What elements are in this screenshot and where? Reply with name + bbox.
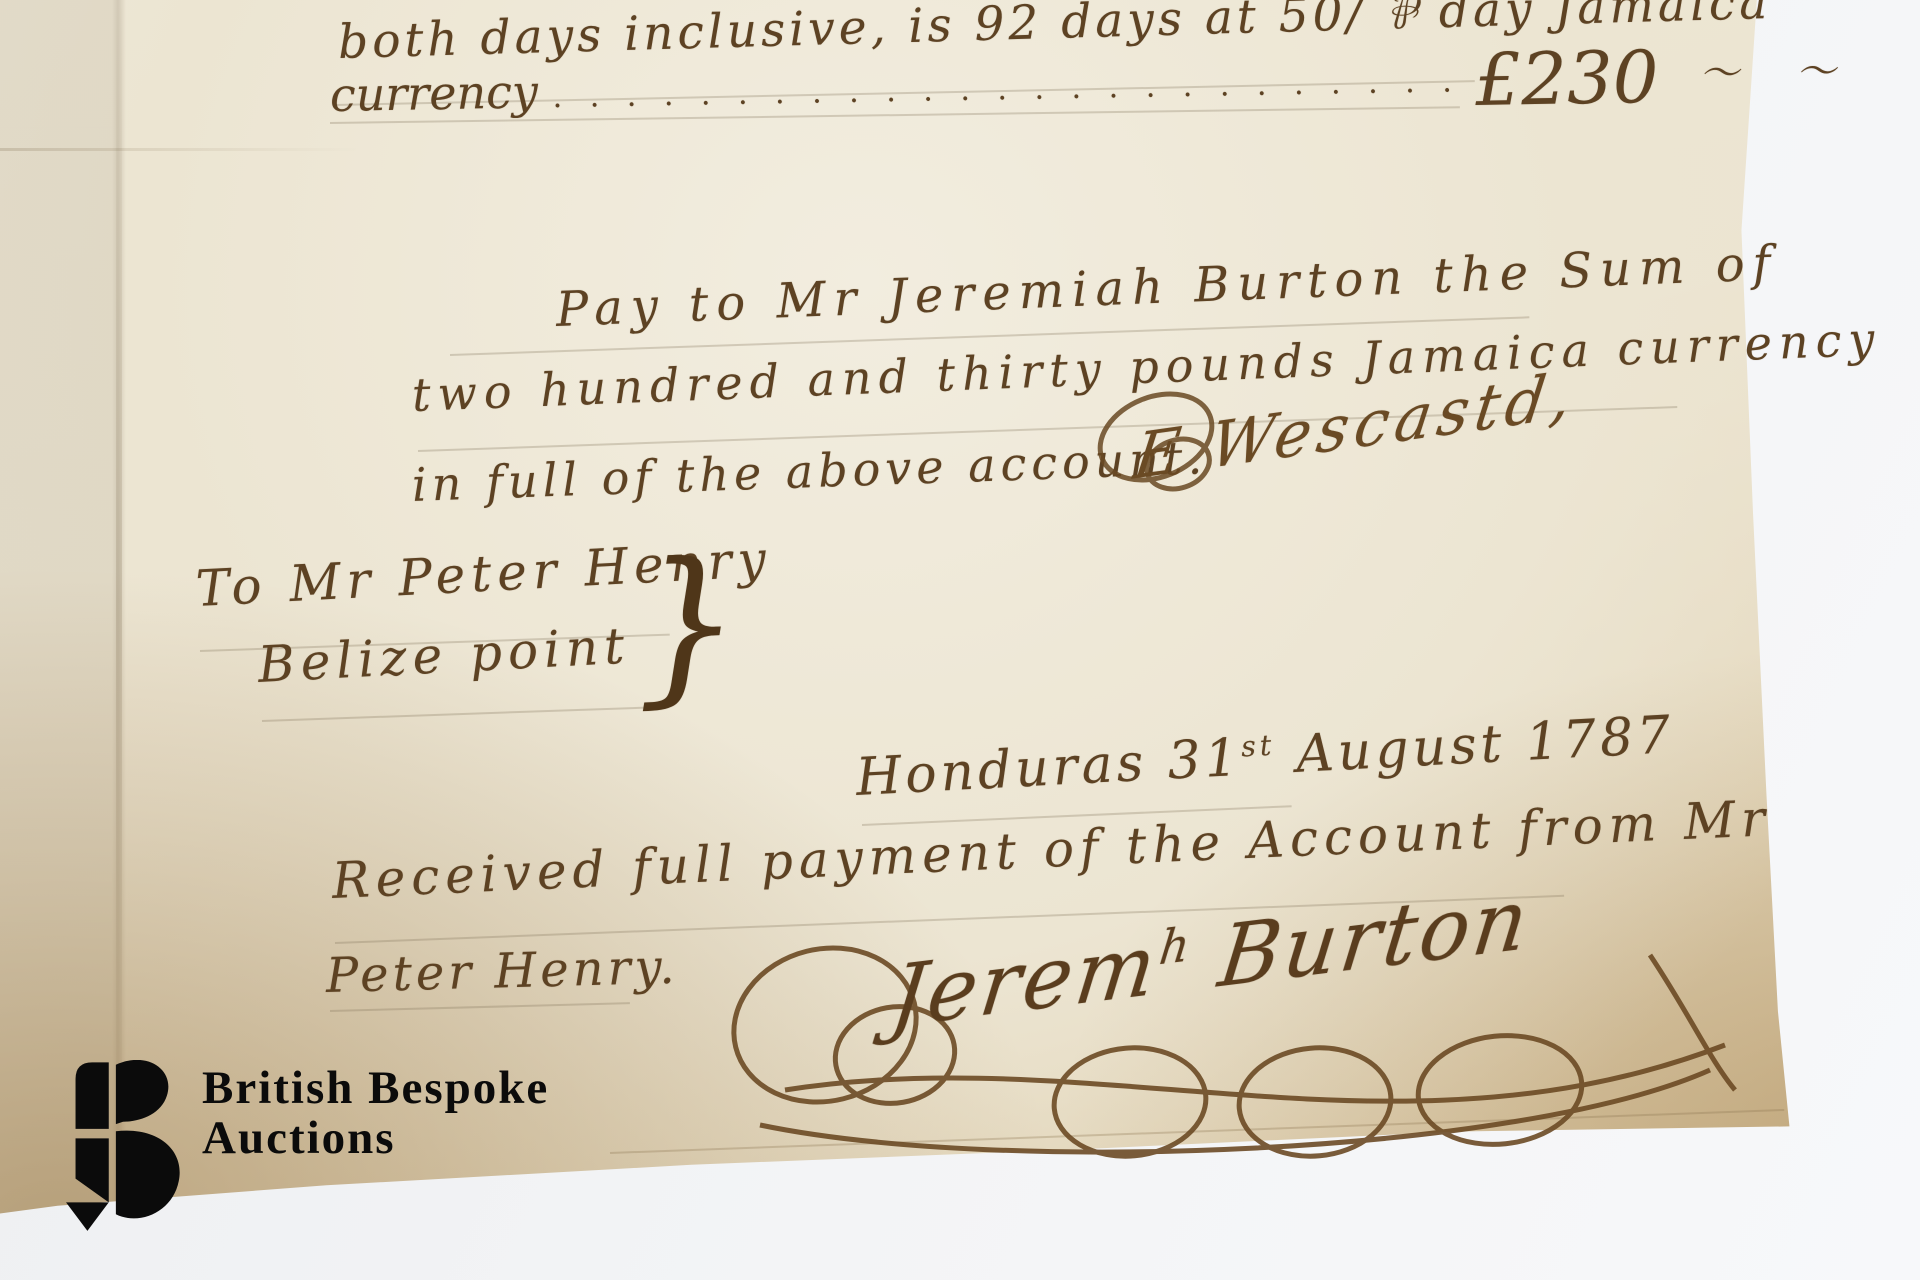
- bba-logo-name-line2: Auctions: [202, 1113, 549, 1163]
- receipt-line-2: Peter Henry.: [325, 939, 679, 1004]
- auction-lot-photo: both days inclusive, is 92 days at 50/ ⅌…: [0, 0, 1920, 1280]
- date-superscript: st: [1240, 728, 1276, 764]
- bba-logo-name-line1: British Bespoke: [202, 1063, 549, 1113]
- currency-leader-dots: . . . . . . . . . . . . . . . . . . . . …: [552, 64, 1461, 115]
- amount-value: £230: [1475, 35, 1660, 122]
- horizontal-fold-crease: [0, 148, 360, 151]
- bba-logo-name: British Bespoke Auctions: [202, 1063, 549, 1163]
- vertical-fold-crease: [116, 0, 122, 1200]
- address-brace: }: [631, 524, 745, 724]
- currency-label: currency: [329, 64, 538, 122]
- bba-logo-b-icon: [62, 1060, 184, 1238]
- amount-dashes: 〜 〜: [1673, 48, 1858, 97]
